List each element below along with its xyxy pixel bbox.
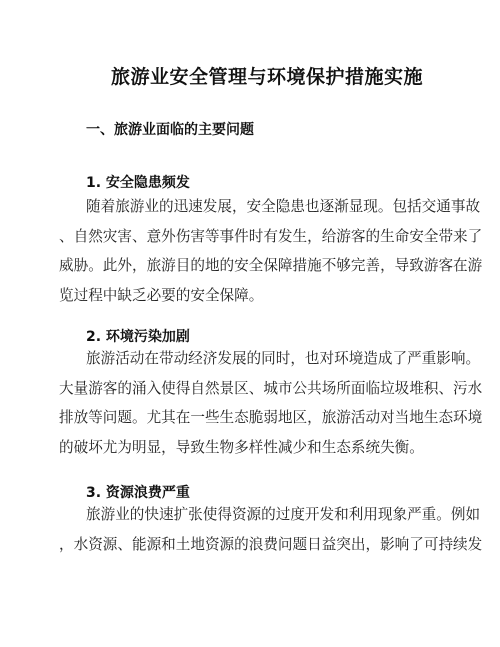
paragraph-line: 、自然灾害、意外伤害等事件时有发生，给游客的生命安全带来了 (59, 222, 443, 252)
subsection-heading-3: 3. 资源浪费严重 (86, 482, 190, 502)
paragraph-line: 的破坏尤为明显，导致生物多样性减少和生态系统失衡。 (59, 433, 443, 463)
paragraph-line: 旅游业的快速扩张使得资源的过度开发和利用现象严重。例如 (59, 500, 443, 530)
paragraph-1: 随着旅游业的迅速发展，安全隐患也逐渐显现。包括交通事故 、自然灾害、意外伤害等事… (59, 192, 443, 310)
paragraph-line: 大量游客的涌入使得自然景区、城市公共场所面临垃圾堆积、污水 (59, 374, 443, 404)
paragraph-line: 随着旅游业的迅速发展，安全隐患也逐渐显现。包括交通事故 (59, 192, 443, 222)
paragraph-3: 旅游业的快速扩张使得资源的过度开发和利用现象严重。例如 ，水资源、能源和土地资源… (59, 500, 443, 559)
paragraph-line: 览过程中缺乏必要的安全保障。 (59, 281, 443, 311)
document-title: 旅游业安全管理与环境保护措施实施 (0, 62, 500, 89)
subsection-heading-1: 1. 安全隐患频发 (86, 172, 190, 192)
paragraph-2: 旅游活动在带动经济发展的同时，也对环境造成了严重影响。 大量游客的涌入使得自然景… (59, 344, 443, 462)
section-heading: 一、旅游业面临的主要问题 (86, 119, 254, 139)
paragraph-line: 威胁。此外，旅游目的地的安全保障措施不够完善，导致游客在游 (59, 251, 443, 281)
paragraph-line: ，水资源、能源和土地资源的浪费问题日益突出，影响了可持续发 (59, 530, 443, 560)
paragraph-line: 排放等问题。尤其在一些生态脆弱地区，旅游活动对当地生态环境 (59, 403, 443, 433)
paragraph-line: 旅游活动在带动经济发展的同时，也对环境造成了严重影响。 (59, 344, 443, 374)
subsection-heading-2: 2. 环境污染加剧 (86, 326, 190, 346)
